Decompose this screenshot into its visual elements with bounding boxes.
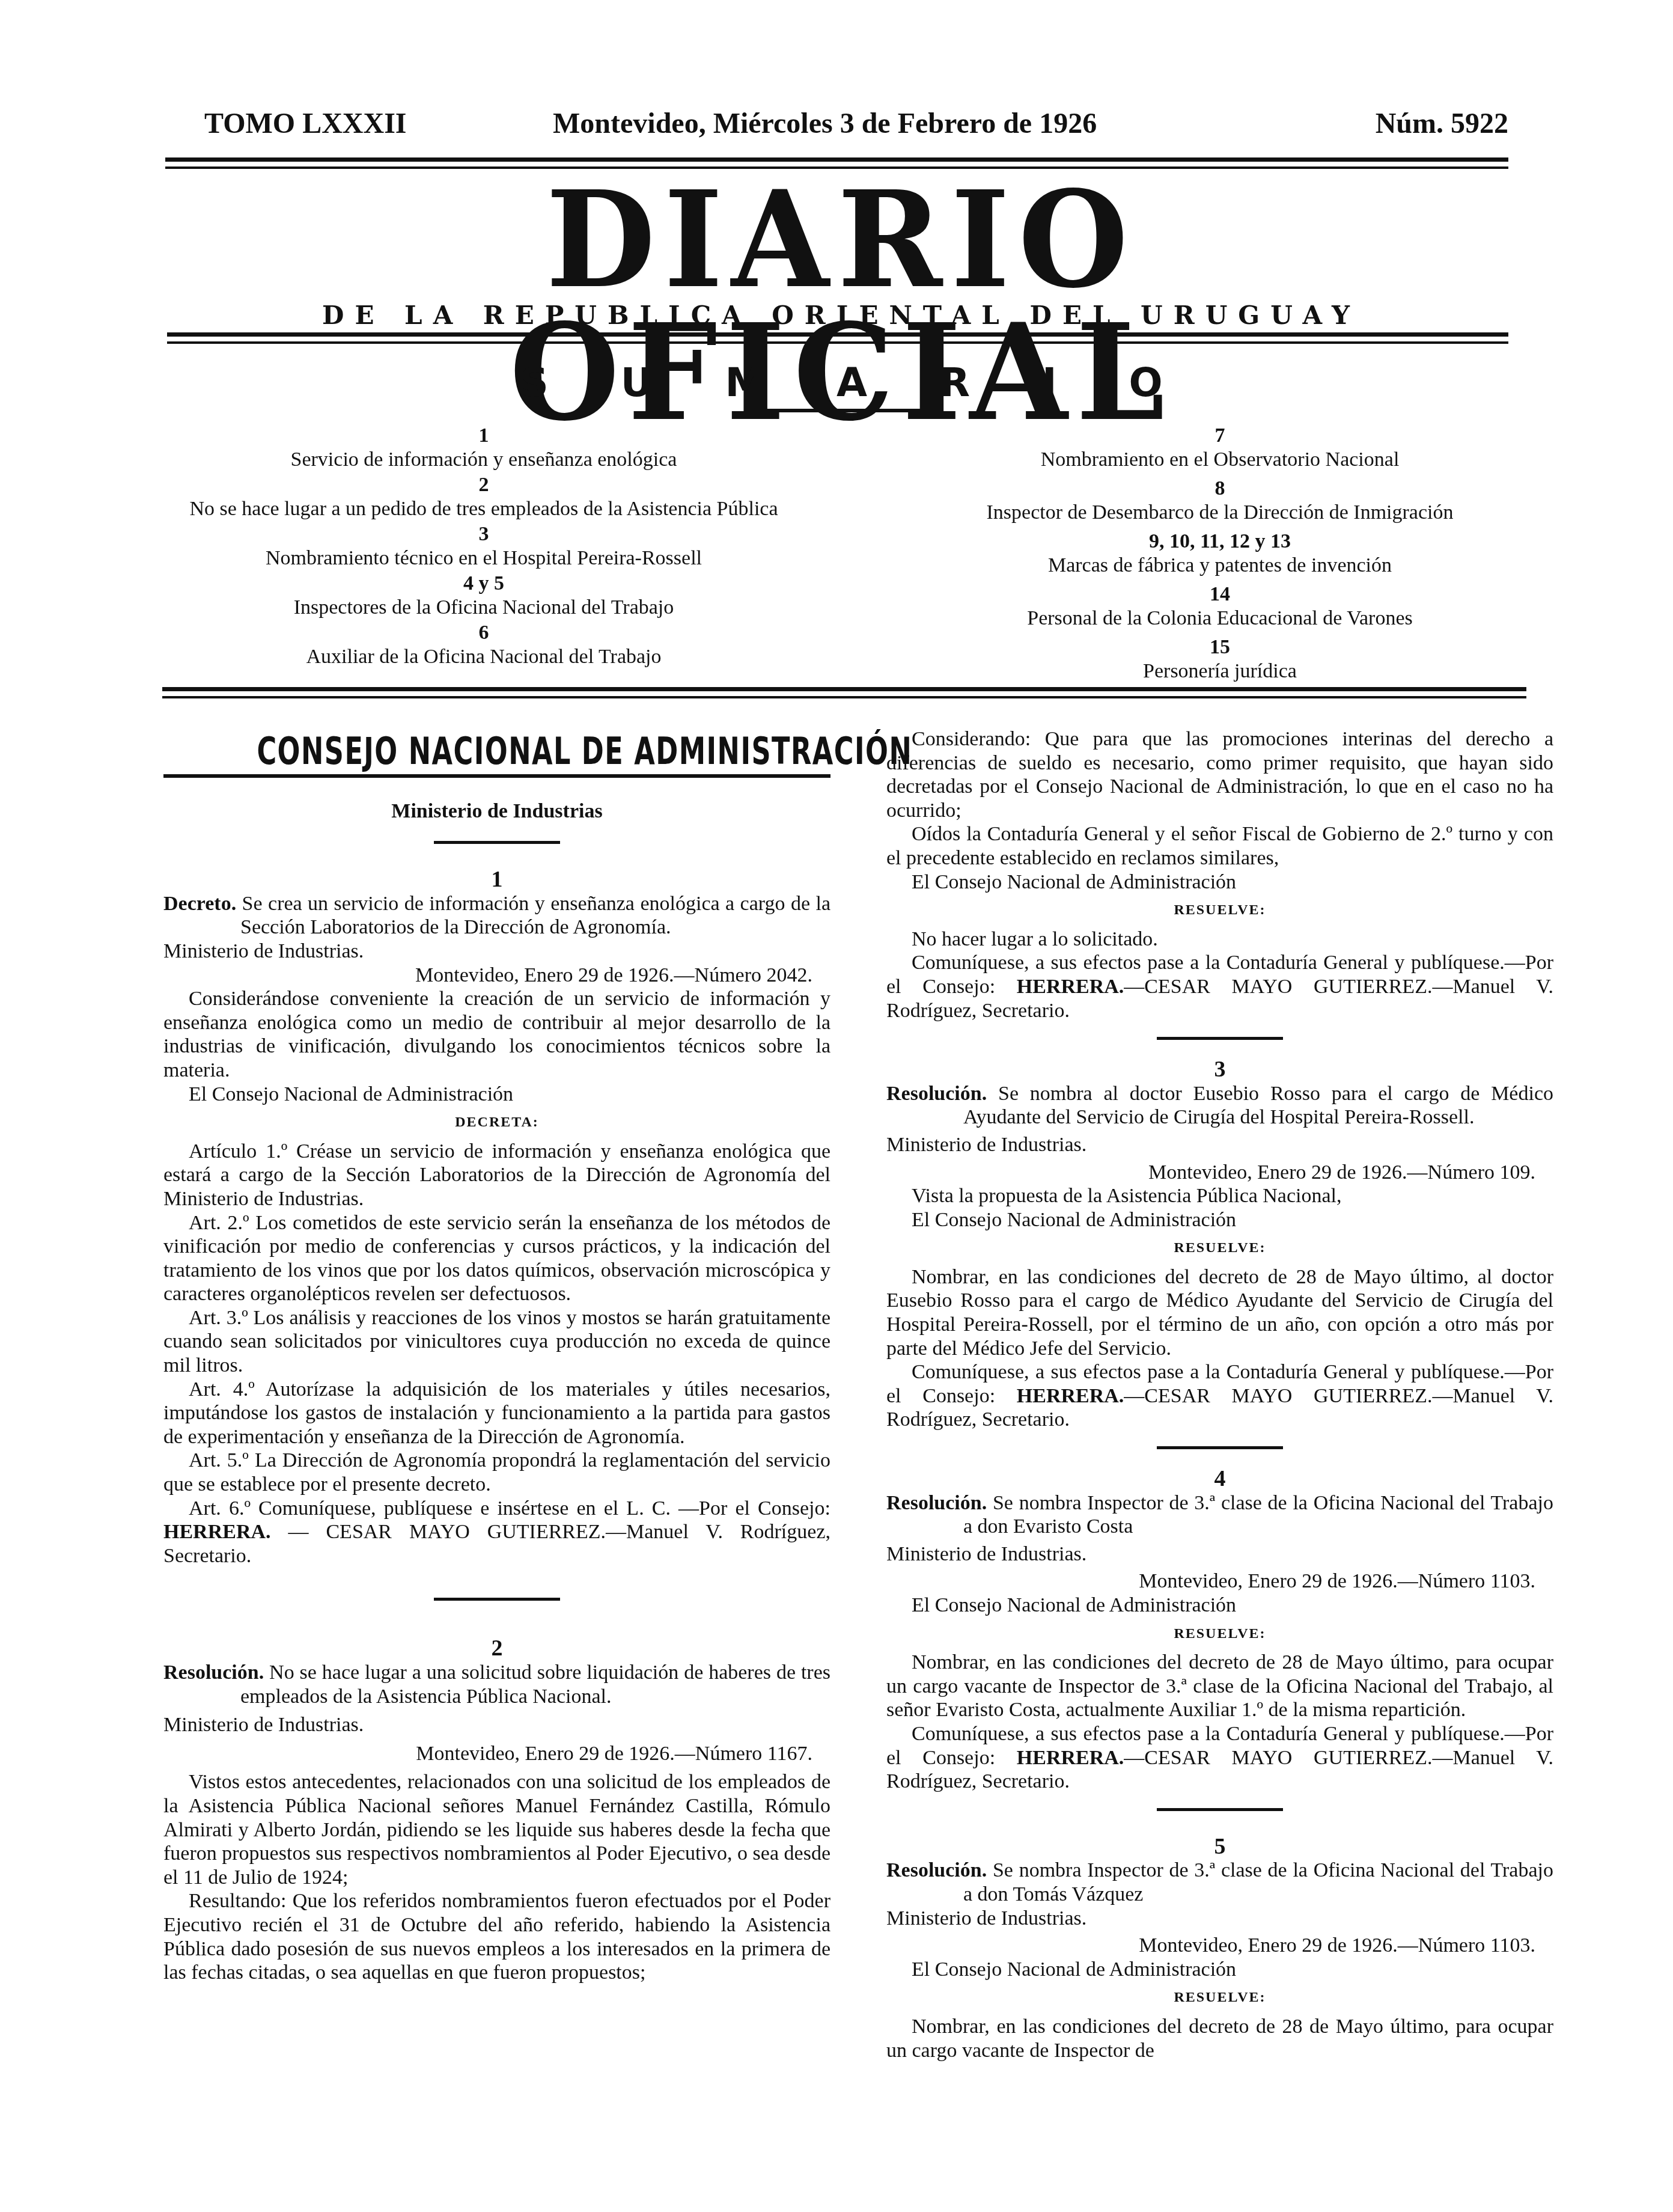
section-heading: CONSEJO NACIONAL DE ADMINISTRACIÓN [257,739,737,763]
sumario-entry-text: Inspector de Desembarco de la Dirección … [883,501,1556,525]
comuniquese: Comuníquese, a sus efectos pase a la Con… [886,951,1553,1022]
sumario-entry-number: 14 [883,582,1556,606]
sumario-entry-number: 2 [147,473,820,497]
consejo-line: El Consejo Nacional de Administración [886,1208,1553,1232]
right-column: Considerando: Que para que las promocion… [886,727,1553,2062]
dateline: Montevideo, Enero 29 de 1926.—Número 110… [886,1569,1553,1593]
considerando: Considerándose conveniente la creación d… [163,987,830,1082]
sumario-heading: SUMARIO [198,359,1484,406]
sumario-entry-text: Personería jurídica [883,659,1556,683]
sumario-bottom-rule [162,687,1526,698]
article-summary-text: Se nombra al doctor Eusebio Rosso para e… [963,1083,1553,1129]
article-2-continued: Considerando: Que para que las promocion… [886,727,1553,1040]
article-5: 5 Resolución. Se nombra Inspector de 3.ª… [886,1835,1553,2062]
article-summary-text: Se nombra Inspector de 3.ª clase de la O… [963,1492,1553,1538]
article-type: Resolución. [886,1083,987,1105]
dateline: Montevideo, Enero 29 de 1926.—Número 110… [886,1934,1553,1958]
signature-bold: HERRERA. [163,1521,271,1543]
considerando: Considerando: Que para que las promocion… [886,727,1553,822]
resultando: Resultando: Que los referidos nombramien… [163,1889,830,1984]
article-divider [1157,1446,1283,1449]
sumario-entry[interactable]: 2No se hace lugar a un pedido de tres em… [147,473,820,521]
article-number: 3 [886,1058,1553,1082]
article-clause: Art. 5.º La Dirección de Agronomía propo… [163,1449,830,1496]
article-3: 3 Resolución. Se nombra al doctor Eusebi… [886,1058,1553,1449]
consejo-line: El Consejo Nacional de Administración [886,1593,1553,1618]
article-summary: Resolución. Se nombra Inspector de 3.ª c… [886,1859,1553,1906]
article-summary: Resolución. No se hace lugar a una solic… [163,1661,830,1708]
issue-number: Núm. 5922 [1376,107,1508,140]
article-4: 4 Resolución. Se nombra Inspector de 3.ª… [886,1467,1553,1811]
article-number: 5 [886,1835,1553,1859]
sumario-entry-number: 7 [883,424,1556,448]
sumario-entry[interactable]: 15Personería jurídica [883,635,1556,683]
sumario-entry[interactable]: 1Servicio de información y enseñanza eno… [147,424,820,472]
sumario-right-column: 7Nombramiento en el Observatorio Naciona… [883,424,1556,685]
article-type: Resolución. [886,1859,987,1881]
sumario-entry-number: 4 y 5 [147,572,820,596]
sumario-entry[interactable]: 14Personal de la Colonia Educacional de … [883,582,1556,631]
article-clause: Art. 3.º Los análisis y reacciones de lo… [163,1306,830,1378]
sumario-entry-number: 6 [147,621,820,645]
sumario-entry-text: Personal de la Colonia Educacional de Va… [883,606,1556,631]
ministry-line: Ministerio de Industrias. [886,1542,1553,1566]
consejo-line: El Consejo Nacional de Administración [163,1083,830,1107]
article-summary-text: Se crea un servicio de información y ens… [240,893,830,939]
sumario-entry[interactable]: 9, 10, 11, 12 y 13Marcas de fábrica y pa… [883,530,1556,578]
sumario-entry-text: Nombramiento en el Observatorio Nacional [883,448,1556,472]
dateline: Montevideo, Enero 29 de 1926.—Número 204… [163,964,830,988]
article-divider [1157,1037,1283,1040]
consejo-line: El Consejo Nacional de Administración [886,870,1553,894]
sumario-entry[interactable]: 3Nombramiento técnico en el Hospital Per… [147,522,820,570]
sumario-entry-number: 15 [883,635,1556,659]
resuelve-label: RESUELVE: [886,899,1553,923]
article-summary-text: Se nombra Inspector de 3.ª clase de la O… [963,1859,1553,1905]
article-number: 4 [886,1467,1553,1491]
left-column: CONSEJO NACIONAL DE ADMINISTRACIÓN Minis… [163,721,830,1985]
dispositivo: Nombrar, en las condiciones del decreto … [886,1651,1553,1722]
article-summary: Resolución. Se nombra al doctor Eusebio … [886,1082,1553,1129]
sumario-entry-text: Marcas de fábrica y patentes de invenció… [883,554,1556,578]
masthead-bottom-rule [167,332,1508,344]
article-type: Resolución. [163,1661,264,1684]
resuelve-label: RESUELVE: [886,1236,1553,1260]
comuniquese: Comuníquese, a sus efectos pase a la Con… [886,1360,1553,1432]
sumario-entry-text: Inspectores de la Oficina Nacional del T… [147,596,820,620]
resuelve-label: RESUELVE: [886,1986,1553,2010]
sumario-left-column: 1Servicio de información y enseñanza eno… [147,424,820,670]
sumario-entry[interactable]: 4 y 5Inspectores de la Oficina Nacional … [147,572,820,620]
sumario-entry-number: 3 [147,522,820,546]
dispositivo: No hacer lugar a lo solicitado. [886,927,1553,952]
signature-bold: HERRERA. [1017,1385,1124,1407]
newspaper-subtitle: DE LA REPUBLICA ORIENTAL DEL URUGUAY [198,301,1484,330]
article-clause: Art. 2.º Los cometidos de este servicio … [163,1211,830,1306]
resuelve-label: RESUELVE: [886,1622,1553,1646]
ministry-rule [434,841,560,844]
article-divider [434,1598,560,1601]
signature-bold: HERRERA. [1017,1747,1124,1769]
ministry-line: Ministerio de Industrias. [163,939,830,964]
sumario-entry-text: Auxiliar de la Oficina Nacional del Trab… [147,645,820,669]
ministry-line: Ministerio de Industrias. [886,1907,1553,1931]
article-summary: Resolución. Se nombra Inspector de 3.ª c… [886,1491,1553,1539]
ministry-line: Ministerio de Industrias. [163,1713,830,1737]
signature-bold: HERRERA. [1017,976,1124,998]
article-1: 1 Decreto. Se crea un servicio de inform… [163,868,830,1601]
article-clause: Artículo 1.º Créase un servicio de infor… [163,1140,830,1211]
dispositivo: Nombrar, en las condiciones del decreto … [886,1265,1553,1360]
sumario-entry-text: Nombramiento técnico en el Hospital Pere… [147,546,820,570]
article-summary-text: No se hace lugar a una solicitud sobre l… [240,1661,830,1708]
sumario-entry[interactable]: 8Inspector de Desembarco de la Dirección… [883,477,1556,525]
dateline: Montevideo, Enero 29 de 1926.—Número 109… [886,1161,1553,1185]
article-2: 2 Resolución. No se hace lugar a una sol… [163,1637,830,1984]
article-divider [1157,1808,1283,1811]
article-number: 1 [163,868,830,892]
sumario-entry-text: Servicio de información y enseñanza enol… [147,448,820,472]
vista: Vista la propuesta de la Asistencia Públ… [886,1184,1553,1208]
sumario-entry[interactable]: 7Nombramiento en el Observatorio Naciona… [883,424,1556,472]
section-heading-rule [163,774,830,778]
dateline: Montevideo, Enero 29 de 1926.—Número 116… [163,1742,830,1766]
article-summary: Decreto. Se crea un servicio de informac… [163,892,830,939]
masthead-info-line: TOMO LXXXII Montevideo, Miércoles 3 de F… [204,107,1508,149]
consejo-line: El Consejo Nacional de Administración [886,1958,1553,1982]
oidos: Oídos la Contaduría General y el señor F… [886,822,1553,870]
sumario-entry-number: 1 [147,424,820,448]
article-number: 2 [163,1637,830,1661]
sumario-entry-text: No se hace lugar a un pedido de tres emp… [147,497,820,521]
dispositivo: Nombrar, en las condiciones del decreto … [886,2015,1553,2062]
article-type: Resolución. [886,1492,987,1514]
comuniquese: Comuníquese, a sus efectos pase a la Con… [886,1722,1553,1794]
article-clause: Art. 4.º Autorízase la adquisición de lo… [163,1378,830,1449]
article-type: Decreto. [163,893,236,915]
vistos: Vistos estos antecedentes, relacionados … [163,1770,830,1889]
decreta-label: DECRETA: [163,1111,830,1135]
clause-text: Art. 6.º Comuníquese, publíquese e insér… [189,1497,830,1520]
sumario-entry-number: 8 [883,477,1556,501]
sumario-entry[interactable]: 6Auxiliar de la Oficina Nacional del Tra… [147,621,820,669]
volume-number: TOMO LXXXII [204,107,407,140]
ministry-line: Ministerio de Industrias. [886,1133,1553,1157]
sumario-underline [751,409,922,412]
ministry-heading: Ministerio de Industrias [163,799,830,823]
sumario-entry-number: 9, 10, 11, 12 y 13 [883,530,1556,554]
article-clause: Art. 6.º Comuníquese, publíquese e insér… [163,1497,830,1568]
issue-date: Montevideo, Miércoles 3 de Febrero de 19… [553,107,1097,140]
